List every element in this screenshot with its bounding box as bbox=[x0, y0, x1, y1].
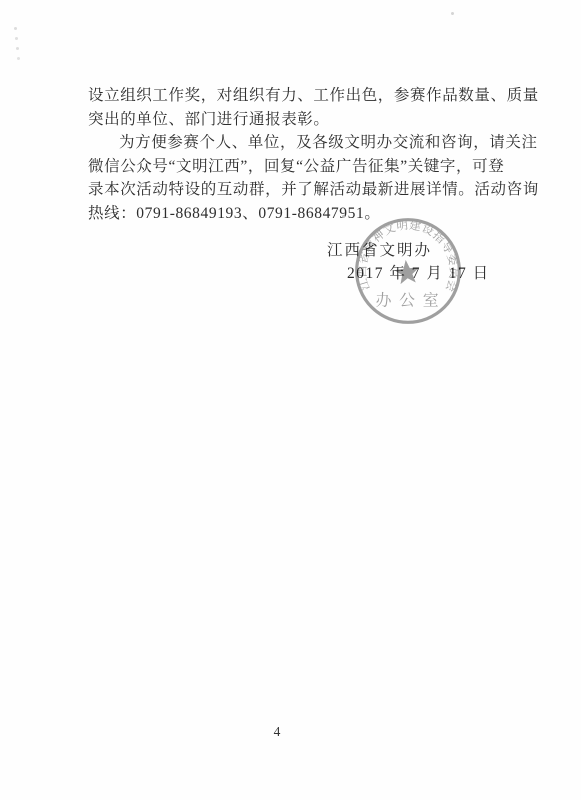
scan-speck bbox=[17, 57, 20, 60]
body-line: 为方便参赛个人、单位，及各级文明办交流和咨询，请关注 bbox=[88, 131, 528, 155]
body-line: 设立组织工作奖，对组织有力、工作出色，参赛作品数量、质量 bbox=[88, 84, 528, 108]
page-number: 4 bbox=[269, 724, 285, 740]
star-icon bbox=[393, 259, 420, 285]
official-seal: 江西省精神文明建设指导委员会 办 公 室 bbox=[344, 215, 472, 327]
seal-arc-text: 江西省精神文明建设指导委员会 bbox=[355, 218, 460, 294]
scan-speck bbox=[451, 12, 454, 15]
svg-text:江西省精神文明建设指导委员会: 江西省精神文明建设指导委员会 bbox=[355, 218, 460, 294]
scan-speck bbox=[15, 37, 18, 40]
seal-graphic: 江西省精神文明建设指导委员会 办 公 室 bbox=[344, 215, 472, 327]
scan-speck bbox=[14, 27, 17, 30]
body-line: 微信公众号“文明江西”，回复“公益广告征集”关键字，可登 bbox=[88, 155, 528, 179]
scanned-document-page: 设立组织工作奖，对组织有力、工作出色，参赛作品数量、质量 突出的单位、部门进行通… bbox=[0, 0, 581, 800]
body-line: 录本次活动特设的互动群，并了解活动最新进展详情。活动咨询 bbox=[88, 178, 528, 202]
document-body: 设立组织工作奖，对组织有力、工作出色，参赛作品数量、质量 突出的单位、部门进行通… bbox=[88, 84, 528, 225]
scan-speck bbox=[342, 215, 345, 218]
seal-office-text: 办 公 室 bbox=[376, 292, 441, 310]
body-line: 突出的单位、部门进行通报表彰。 bbox=[88, 108, 528, 132]
scan-speck bbox=[16, 47, 19, 50]
